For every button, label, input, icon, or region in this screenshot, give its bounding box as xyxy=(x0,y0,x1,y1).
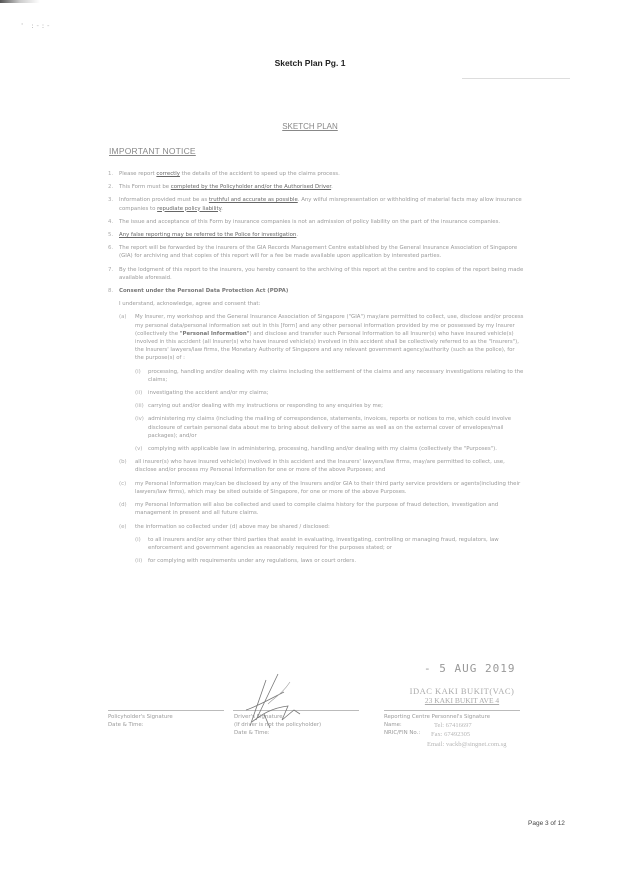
document-title: SKETCH PLAN xyxy=(0,122,620,131)
consent-item: (c)my Personal Information may/can be di… xyxy=(119,480,524,496)
consent-subitem: (iv)administering my claims (including t… xyxy=(135,415,524,440)
underlined-text: completed by the Policyholder and/or the… xyxy=(171,184,331,190)
consent-text: my Personal Information will also be col… xyxy=(135,501,524,517)
bold-text: Consent under the Personal Data Protecti… xyxy=(119,288,288,294)
item-number: 8. xyxy=(108,287,119,295)
reporting-signature-label: Reporting Centre Personnel's Signature xyxy=(384,713,490,721)
text-run: my Personal Information will also be col… xyxy=(135,502,498,516)
underlined-text: repudiate policy liability xyxy=(157,206,221,212)
notice-item: 4.The issue and acceptance of this Form … xyxy=(108,218,524,226)
item-text: By the lodgment of this report to the in… xyxy=(119,266,524,282)
handwritten-signature xyxy=(238,670,308,730)
subitem-text: administering my claims (including the m… xyxy=(148,415,524,440)
consent-label: (c) xyxy=(119,480,135,496)
subitem-text: processing, handling and/or dealing with… xyxy=(148,368,524,384)
scan-artifact xyxy=(0,0,40,3)
bold-text: "Personal Information" xyxy=(180,331,250,337)
item-text: This Form must be completed by the Polic… xyxy=(119,183,524,191)
consent-text: the information so collected under (d) a… xyxy=(135,523,524,531)
item-text: The report will be forwarded by the insu… xyxy=(119,244,524,260)
stamp-date: - 5 AUG 2019 xyxy=(424,662,515,675)
text-run: Information provided must be as xyxy=(119,197,209,203)
stamp-tel: Tel: 67416697 xyxy=(434,722,472,729)
item-number: 7. xyxy=(108,266,119,282)
notice-body: 1.Please report correctly the details of… xyxy=(108,170,524,570)
subitem-label: (v) xyxy=(135,445,148,453)
important-notice-heading: IMPORTANT NOTICE xyxy=(109,146,196,156)
consent-intro: I understand, acknowledge, agree and con… xyxy=(119,300,524,308)
consent-item: (e)the information so collected under (d… xyxy=(119,523,524,531)
consent-text: My Insurer, my workshop and the General … xyxy=(135,313,524,362)
underlined-text: correctly xyxy=(156,171,180,177)
notice-item: 2.This Form must be completed by the Pol… xyxy=(108,183,524,191)
consent-label: (e) xyxy=(119,523,135,531)
item-number: 2. xyxy=(108,183,119,191)
subitem-text: to all insurers and/or any other third p… xyxy=(148,536,524,552)
text-run: all insurer(s) who have insured vehicle(… xyxy=(135,459,505,473)
subitem-label: (i) xyxy=(135,536,148,552)
stamp-fax: Fax: 67492305 xyxy=(431,731,470,738)
consent-subitem: (i)processing, handling and/or dealing w… xyxy=(135,368,524,384)
page-header-title: Sketch Plan Pg. 1 xyxy=(0,58,620,68)
stamp-email: Email: vackb@singnet.com.sg xyxy=(427,741,506,748)
text-run: my Personal Information may/can be discl… xyxy=(135,481,520,495)
consent-label: (b) xyxy=(119,458,135,474)
consent-item: (a)My Insurer, my workshop and the Gener… xyxy=(119,313,524,362)
item-number: 1. xyxy=(108,170,119,178)
consent-item: (d)my Personal Information will also be … xyxy=(119,501,524,517)
text-run: the details of the accident to speed up … xyxy=(180,171,340,177)
item-text: Any false reporting may be referred to t… xyxy=(119,231,524,239)
notice-item: 5.Any false reporting may be referred to… xyxy=(108,231,524,239)
policyholder-signature-label: Policyholder's Signature xyxy=(108,713,173,721)
subitem-label: (i) xyxy=(135,368,148,384)
subitem-text: for complying with requirements under an… xyxy=(148,557,524,565)
policyholder-signature-block: Policyholder's Signature Date & Time: xyxy=(108,713,173,729)
subitem-label: (ii) xyxy=(135,389,148,397)
subitem-text: investigating the accident and/or my cla… xyxy=(148,389,524,397)
subitem-label: (iv) xyxy=(135,415,148,440)
consent-subitem: (i)to all insurers and/or any other thir… xyxy=(135,536,524,552)
consent-item: (b)all insurer(s) who have insured vehic… xyxy=(119,458,524,474)
consent-list: (a)My Insurer, my workshop and the Gener… xyxy=(119,313,524,565)
company-stamp: IDAC KAKI BUKIT(VAC) 23 KAKI BUKIT AVE 4 xyxy=(392,686,532,705)
consent-subitem: (v)complying with applicable law in admi… xyxy=(135,445,524,453)
consent-text: all insurer(s) who have insured vehicle(… xyxy=(135,458,524,474)
driver-date-label: Date & Time: xyxy=(234,729,321,737)
header-divider xyxy=(462,78,570,79)
underlined-text: Any false reporting may be referred to t… xyxy=(119,232,296,238)
consent-subitem: (ii)investigating the accident and/or my… xyxy=(135,389,524,397)
text-run: the information so collected under (d) a… xyxy=(135,524,330,530)
notice-item: 6.The report will be forwarded by the in… xyxy=(108,244,524,260)
consent-sublist: (i)processing, handling and/or dealing w… xyxy=(119,368,524,454)
item-number: 5. xyxy=(108,231,119,239)
stamp-address: 23 KAKI BUKIT AVE 4 xyxy=(392,696,532,705)
subitem-label: (ii) xyxy=(135,557,148,565)
text-run: The issue and acceptance of this Form by… xyxy=(119,219,500,225)
item-number: 6. xyxy=(108,244,119,260)
notice-item: 8.Consent under the Personal Data Protec… xyxy=(108,287,524,295)
subitem-text: carrying out and/or dealing with my inst… xyxy=(148,402,524,410)
policyholder-date-label: Date & Time: xyxy=(108,721,173,729)
consent-sublist: (i)to all insurers and/or any other thir… xyxy=(119,536,524,566)
item-number: 4. xyxy=(108,218,119,226)
item-text: Consent under the Personal Data Protecti… xyxy=(119,287,524,295)
text-run: . xyxy=(331,184,333,190)
item-text: Information provided must be as truthful… xyxy=(119,196,524,212)
notice-item: 7.By the lodgment of this report to the … xyxy=(108,266,524,282)
notice-item: 1.Please report correctly the details of… xyxy=(108,170,524,178)
text-run: This Form must be xyxy=(119,184,171,190)
notice-list: 1.Please report correctly the details of… xyxy=(108,170,524,295)
stamp-name: IDAC KAKI BUKIT(VAC) xyxy=(392,686,532,696)
text-run: . xyxy=(296,232,298,238)
consent-text: my Personal Information may/can be discl… xyxy=(135,480,524,496)
consent-subitem: (ii)for complying with requirements unde… xyxy=(135,557,524,565)
item-number: 3. xyxy=(108,196,119,212)
item-text: The issue and acceptance of this Form by… xyxy=(119,218,524,226)
item-text: Please report correctly the details of t… xyxy=(119,170,524,178)
consent-section: I understand, acknowledge, agree and con… xyxy=(108,300,524,565)
notice-item: 3.Information provided must be as truthf… xyxy=(108,196,524,212)
subitem-label: (iii) xyxy=(135,402,148,410)
consent-label: (d) xyxy=(119,501,135,517)
text-run: The report will be forwarded by the insu… xyxy=(119,245,517,259)
consent-label: (a) xyxy=(119,313,135,362)
subitem-text: complying with applicable law in adminis… xyxy=(148,445,524,453)
corner-scribble: ' :-:- xyxy=(20,22,51,30)
reporting-signature-line xyxy=(384,710,520,711)
policyholder-signature-line xyxy=(108,710,224,711)
text-run: Please report xyxy=(119,171,156,177)
page-number: Page 3 of 12 xyxy=(528,820,565,827)
consent-subitem: (iii)carrying out and/or dealing with my… xyxy=(135,402,524,410)
underlined-text: truthful and accurate as possible xyxy=(209,197,298,203)
text-run: By the lodgment of this report to the in… xyxy=(119,267,523,281)
text-run: . xyxy=(221,206,223,212)
